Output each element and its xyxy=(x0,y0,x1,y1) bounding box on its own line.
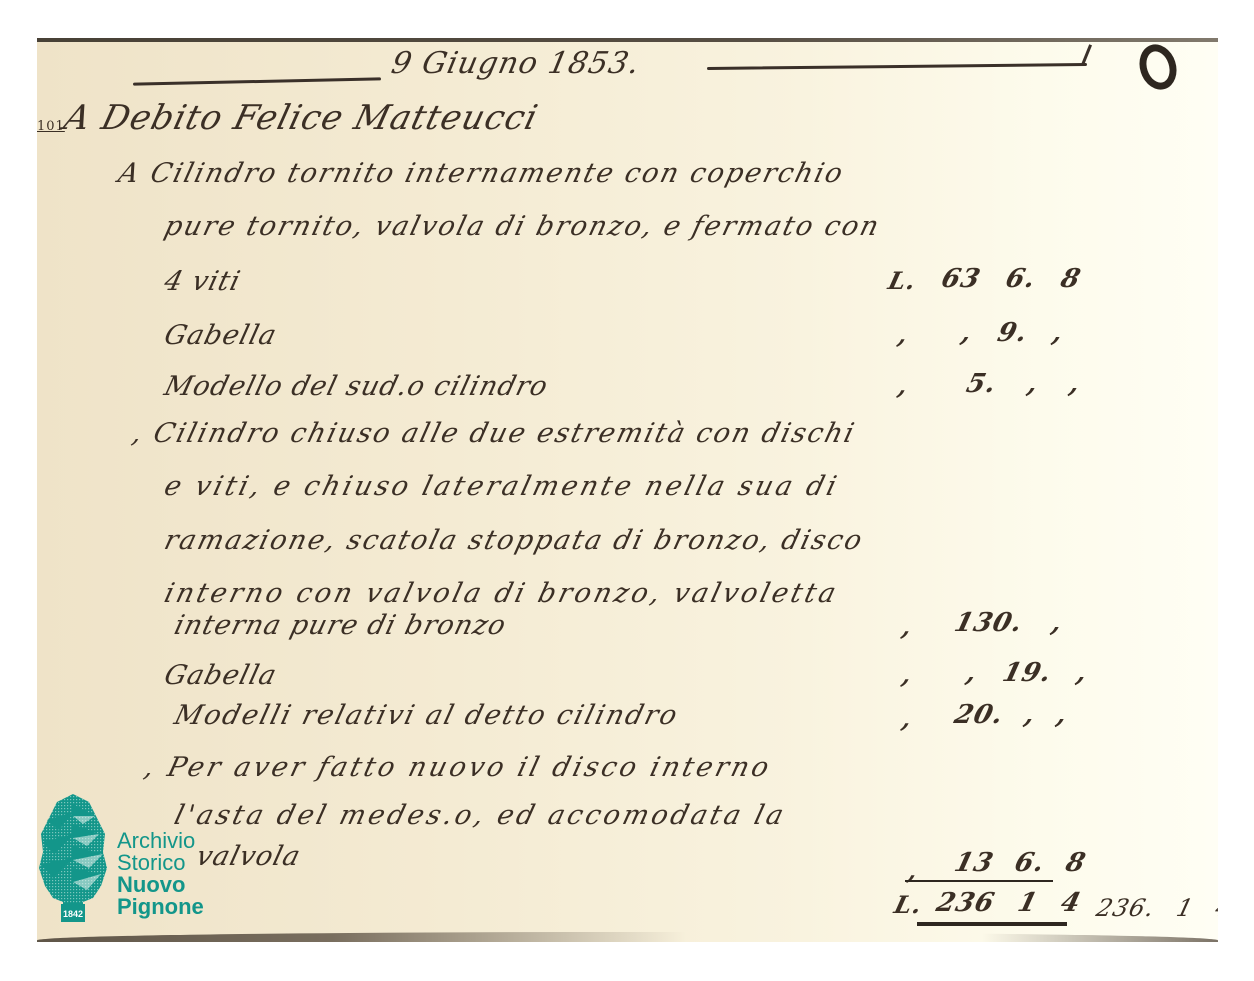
total-currency: L. xyxy=(891,890,925,919)
entry-line: Gabella xyxy=(161,660,280,691)
entry-amount: 130. , xyxy=(951,608,1066,638)
logo-line-pignone: Pignone xyxy=(117,896,204,918)
entry-amount: , 9. , xyxy=(958,318,1067,348)
entry-line: Modello del sud.o cilindro xyxy=(161,371,551,402)
entry-amount: 5. , , xyxy=(963,369,1084,399)
document-date: 9 Giugno 1853. xyxy=(388,46,643,81)
header-rule-left xyxy=(133,77,381,85)
entry-currency: L. xyxy=(885,266,919,295)
entry-currency: , xyxy=(899,612,916,641)
subtotal-amount: 13 6. 8 xyxy=(951,848,1089,878)
entry-amount: 63 6. 8 xyxy=(938,264,1084,294)
entry-line: 4 viti xyxy=(161,266,244,297)
entry-line: , Cilindro chiuso alle due estremità con… xyxy=(129,418,859,449)
logo-line-archivio: Archivio xyxy=(117,830,204,852)
header-rule-right xyxy=(707,63,1087,70)
corner-mark-icon xyxy=(1134,40,1182,95)
carried-total: 236. 1 4 xyxy=(1094,894,1218,922)
entry-line: Gabella xyxy=(161,320,280,351)
ledger-heading: A Debito Felice Matteucci xyxy=(60,98,542,138)
logo-year: 1842 xyxy=(63,909,83,919)
subtotal-rule xyxy=(905,880,1053,882)
archive-logo: 1842 Archivio Storico Nuovo Pignone xyxy=(37,790,227,930)
entry-line: interna pure di bronzo xyxy=(171,610,510,641)
entry-line: interno con valvola di bronzo, valvolett… xyxy=(161,578,842,609)
entry-line: l'asta del medes.o, ed accomodata la xyxy=(171,800,789,831)
entry-line: , Per aver fatto nuovo il disco interno xyxy=(141,752,775,783)
entry-line: e viti, e chiuso lateralmente nella sua … xyxy=(161,471,842,502)
logo-line-nuovo: Nuovo xyxy=(117,874,204,896)
entry-line: pure tornito, valvola di bronzo, e ferma… xyxy=(161,211,884,242)
entry-currency: , xyxy=(899,704,916,733)
entry-amount: , 19. , xyxy=(963,658,1091,688)
total-amount: 236 1 4 xyxy=(933,888,1084,918)
pinecone-icon: 1842 xyxy=(37,790,109,925)
entry-line: A Cilindro tornito internamente con cope… xyxy=(115,158,847,189)
entry-currency: , xyxy=(899,660,916,689)
entry-line: ramazione, scatola stoppata di bronzo, d… xyxy=(161,525,867,556)
total-underline xyxy=(917,922,1067,926)
entry-amount: 20. , , xyxy=(951,700,1071,730)
entry-currency: , xyxy=(895,371,912,400)
entry-currency: , xyxy=(895,320,912,349)
logo-line-storico: Storico xyxy=(117,852,204,874)
logo-wordmark: Archivio Storico Nuovo Pignone xyxy=(117,830,204,918)
entry-line: Modelli relativi al detto cilindro xyxy=(171,700,682,731)
